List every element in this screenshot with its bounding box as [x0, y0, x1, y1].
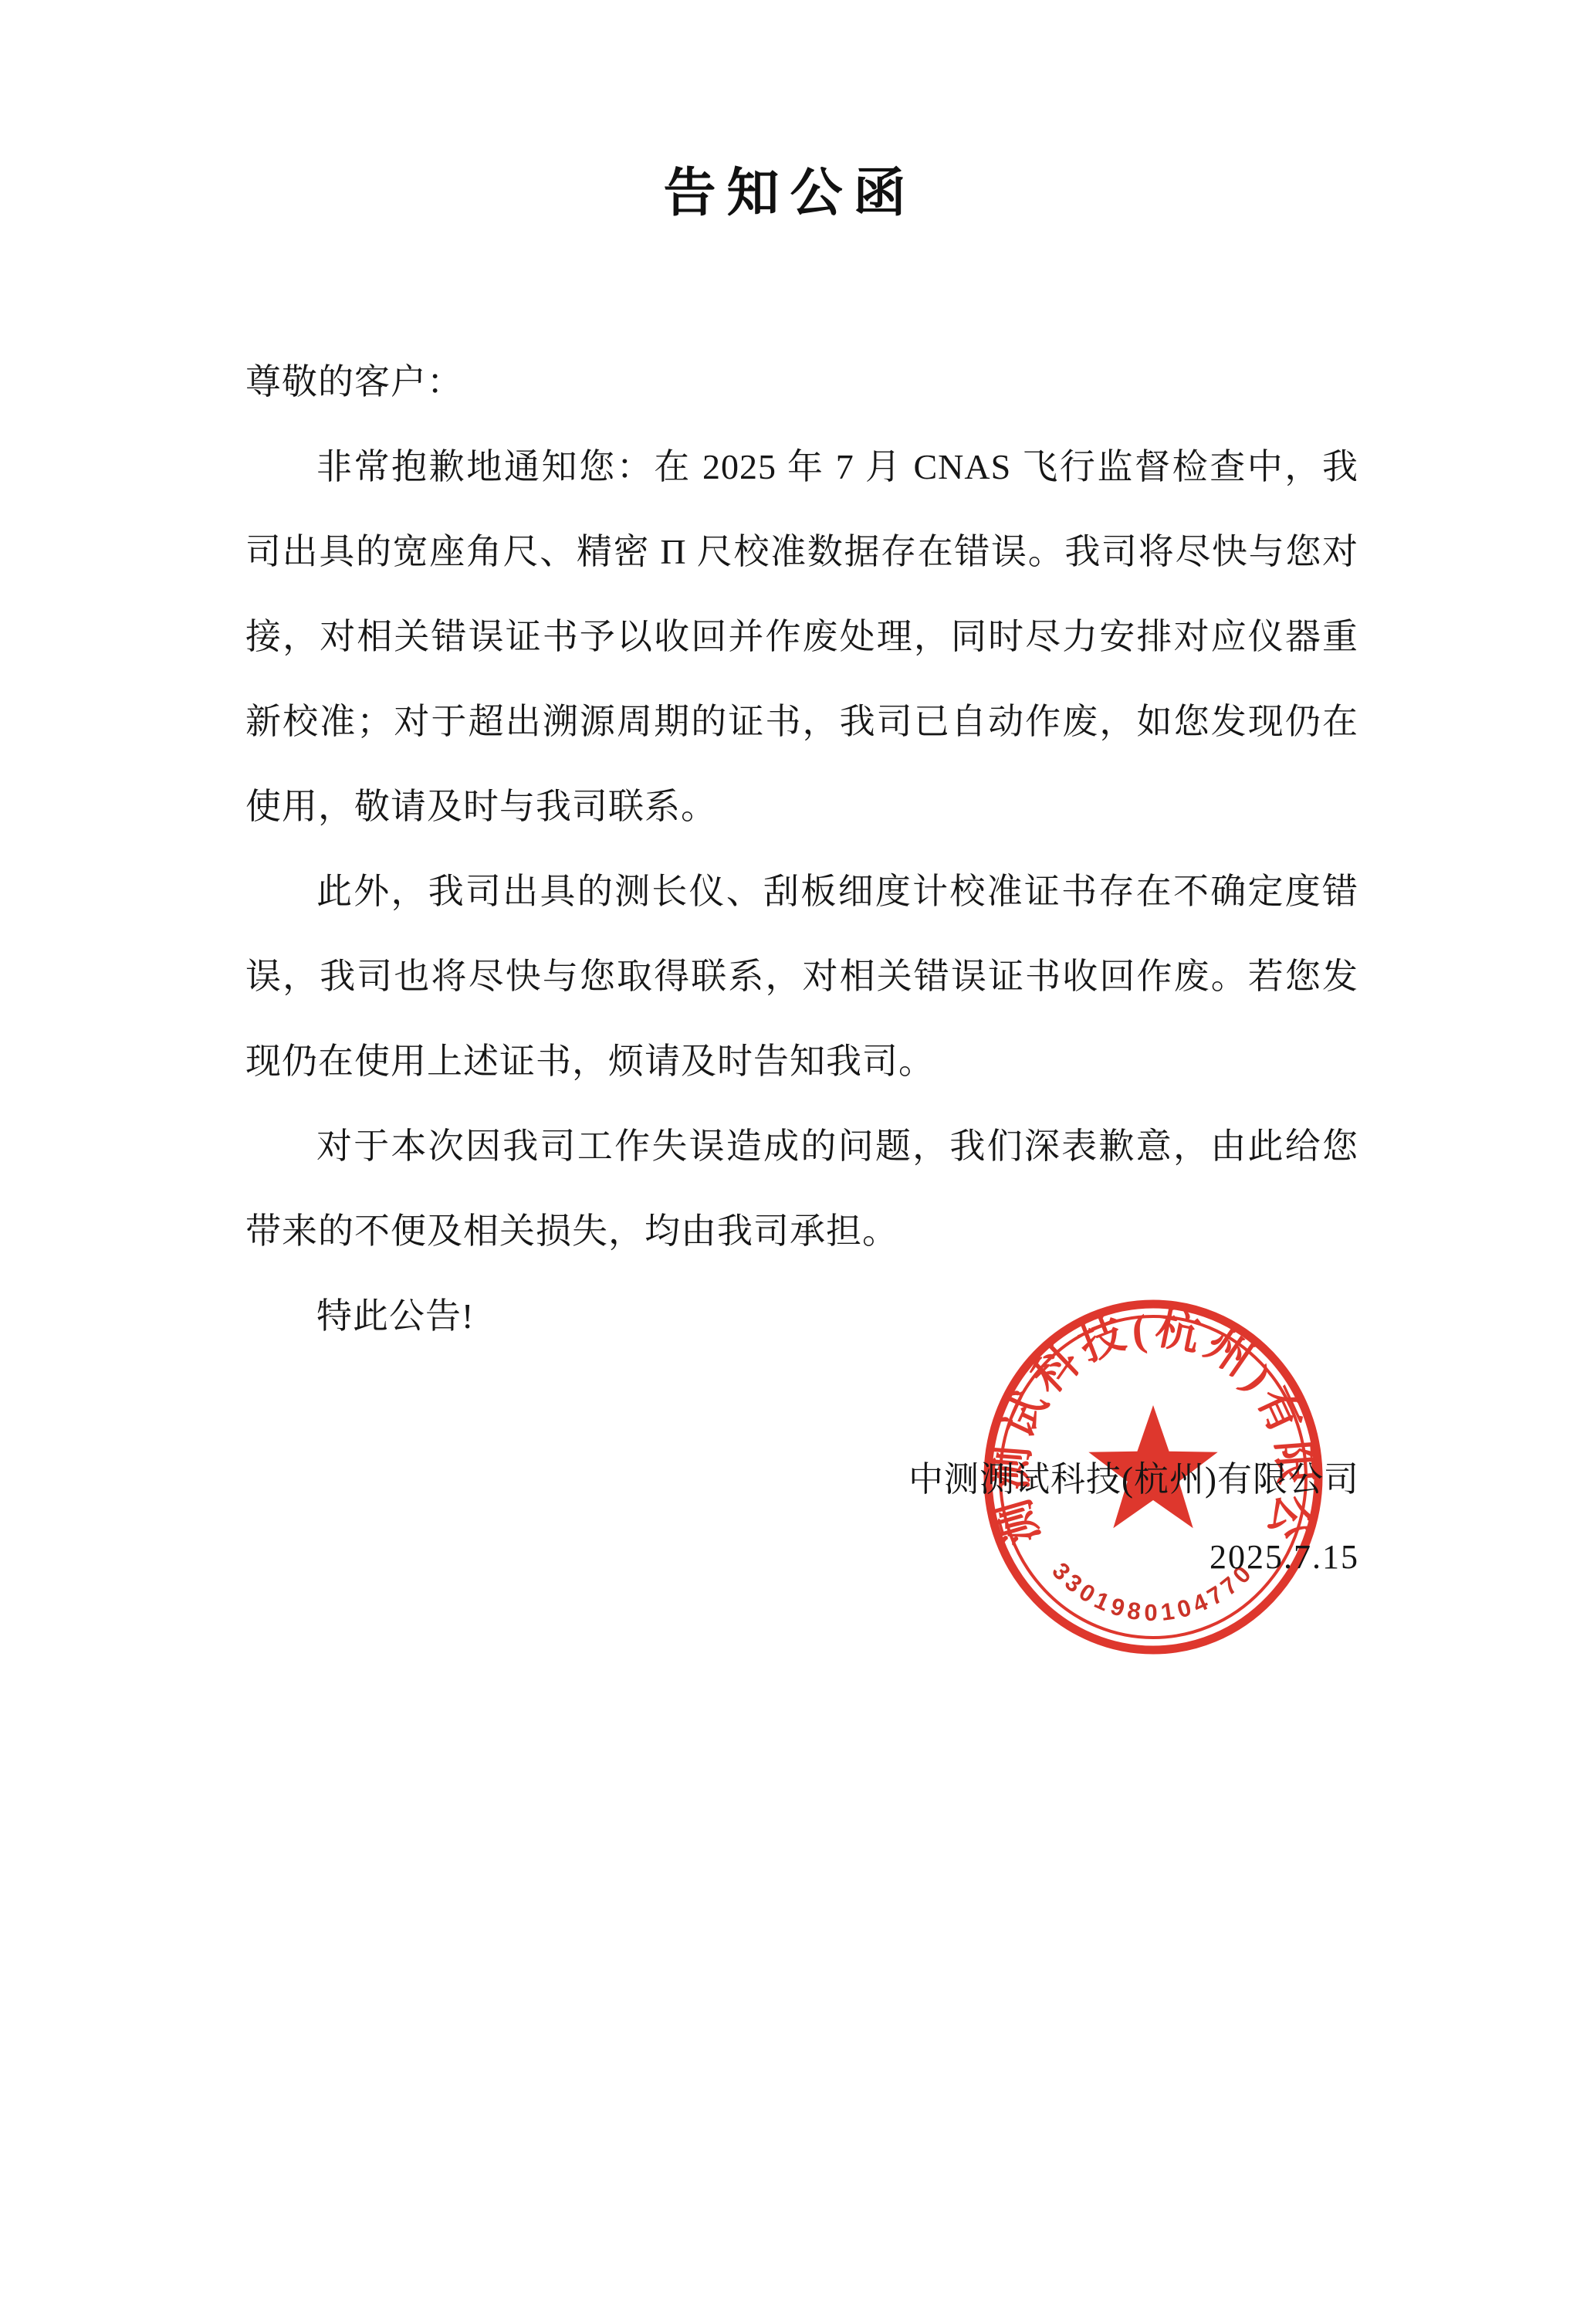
document-title: 告知公函	[0, 151, 1580, 226]
signature-date: 2025.7.15	[665, 1535, 1359, 1580]
paragraph: 对于本次因我司工作失误造成的问题，我们深表歉意，由此给您带来的不便及相关损失，均…	[245, 1104, 1358, 1274]
notice-letter-page: 告知公函 尊敬的客户： 非常抱歉地通知您：在 2025 年 7 月 CNAS 飞…	[0, 0, 1580, 2324]
signature-block: 中测测试科技(杭州)有限公司 2025.7.15	[665, 1456, 1359, 1580]
salutation: 尊敬的客户：	[245, 340, 1358, 425]
paragraph: 此外，我司出具的测长仪、刮板细度计校准证书存在不确定度错误，我司也将尽快与您取得…	[245, 849, 1358, 1104]
closing-statement: 特此公告!	[245, 1274, 1358, 1359]
paragraph: 非常抱歉地通知您：在 2025 年 7 月 CNAS 飞行监督检查中，我司出具的…	[245, 425, 1358, 849]
signature-company-name: 中测测试科技(杭州)有限公司	[665, 1456, 1359, 1502]
letter-body: 尊敬的客户： 非常抱歉地通知您：在 2025 年 7 月 CNAS 飞行监督检查…	[245, 340, 1358, 1359]
